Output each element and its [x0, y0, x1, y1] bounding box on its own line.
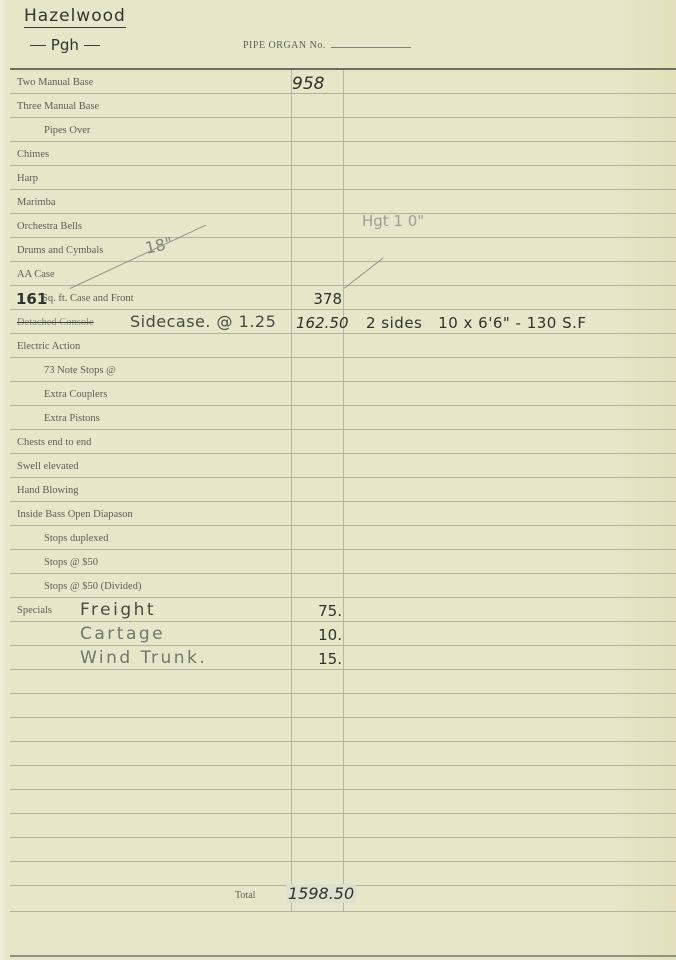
row-rule: [10, 357, 676, 358]
bottom-rule: [10, 955, 676, 957]
blank-rule: [10, 741, 676, 742]
row-label: Stops duplexed: [44, 533, 108, 544]
row-rule: [10, 261, 676, 262]
row-rule: [10, 501, 676, 502]
customer-name: Hazelwood: [24, 6, 126, 28]
row-rule: [10, 573, 676, 574]
row-rule: [10, 213, 676, 214]
row-rule: [10, 141, 676, 142]
form-title: PIPE ORGAN No.: [243, 40, 411, 51]
blank-rule: [10, 837, 676, 838]
row-label: Extra Pistons: [44, 413, 100, 424]
row-rule: [10, 165, 676, 166]
handwritten-item: Sidecase. @ 1.25: [130, 312, 276, 331]
row-amount: 378: [294, 290, 342, 308]
customer-city: Pgh: [30, 36, 100, 54]
row-label: Swell elevated: [17, 461, 79, 472]
form-title-text: PIPE ORGAN No.: [243, 40, 326, 51]
blank-rule: [10, 717, 676, 718]
order-form-sheet: Hazelwood Pgh PIPE ORGAN No. Two Manual …: [0, 0, 676, 960]
row-amount: 75.: [294, 602, 342, 620]
organ-number-field: [331, 47, 411, 48]
row-amount: 958: [292, 74, 340, 94]
row-rule: [10, 309, 676, 310]
row-rule: [10, 405, 676, 406]
row-label: Stops @ $50: [44, 557, 98, 568]
row-rule: [10, 381, 676, 382]
row-label: Chimes: [17, 149, 49, 160]
row-rule: [10, 333, 676, 334]
row-rule: [10, 237, 676, 238]
row-label: Three Manual Base: [17, 101, 99, 112]
row-label: Two Manual Base: [17, 77, 93, 88]
row-label: Pipes Over: [44, 125, 90, 136]
row-rule: [10, 669, 676, 670]
row-label: Specials: [17, 605, 52, 616]
handwritten-item: Wind Trunk.: [80, 648, 207, 668]
row-label: Marimba: [17, 197, 56, 208]
row-label: 73 Note Stops @: [44, 365, 116, 376]
row-rule: [10, 429, 676, 430]
blank-rule: [10, 693, 676, 694]
row-amount: 15.: [294, 650, 342, 668]
row-label: Drums and Cymbals: [17, 245, 103, 256]
row-label: AA Case: [17, 269, 55, 280]
blank-rule: [10, 765, 676, 766]
handwritten-item: Freight: [80, 600, 156, 620]
row-rule: [10, 453, 676, 454]
row-rule: [10, 477, 676, 478]
row-rule: [10, 525, 676, 526]
row-label: Inside Bass Open Diapason: [17, 509, 133, 520]
row-label: Harp: [17, 173, 38, 184]
pencil-stroke-1: [70, 225, 206, 289]
row-rule: [10, 621, 676, 622]
blank-rule: [10, 861, 676, 862]
row-amount: 10.: [294, 626, 342, 644]
blank-rule: [10, 789, 676, 790]
blank-rule: [10, 813, 676, 814]
total-label: Total: [235, 890, 255, 901]
row-note: 2 sides 10 x 6'6" - 130 S.F: [366, 314, 587, 332]
row-label: Extra Couplers: [44, 389, 107, 400]
row-rule: [10, 597, 676, 598]
row-rule: [10, 285, 676, 286]
total-rule: [10, 911, 676, 912]
handwritten-item: Cartage: [80, 624, 165, 644]
row-rule: [10, 189, 676, 190]
height-margin-note: Hgt 1 0": [362, 212, 424, 230]
customer-city-text: Pgh: [51, 36, 79, 54]
row-rule: [10, 549, 676, 550]
row-label: Hand Blowing: [17, 485, 79, 496]
row-label: Stops @ $50 (Divided): [44, 581, 141, 592]
total-amount: 1598.50: [286, 884, 356, 903]
row-label: Chests end to end: [17, 437, 91, 448]
row-rule: [10, 93, 676, 94]
row-label: Detached Console: [17, 317, 94, 328]
row-rule: [10, 645, 676, 646]
column-divider-2: [343, 70, 344, 912]
row-label: Orchestra Bells: [17, 221, 82, 232]
row-label: Sq. ft. Case and Front: [42, 293, 134, 304]
row-label: Electric Action: [17, 341, 80, 352]
column-divider-1: [291, 70, 292, 912]
row-rule: [10, 117, 676, 118]
row-amount: 162.50: [296, 314, 344, 332]
